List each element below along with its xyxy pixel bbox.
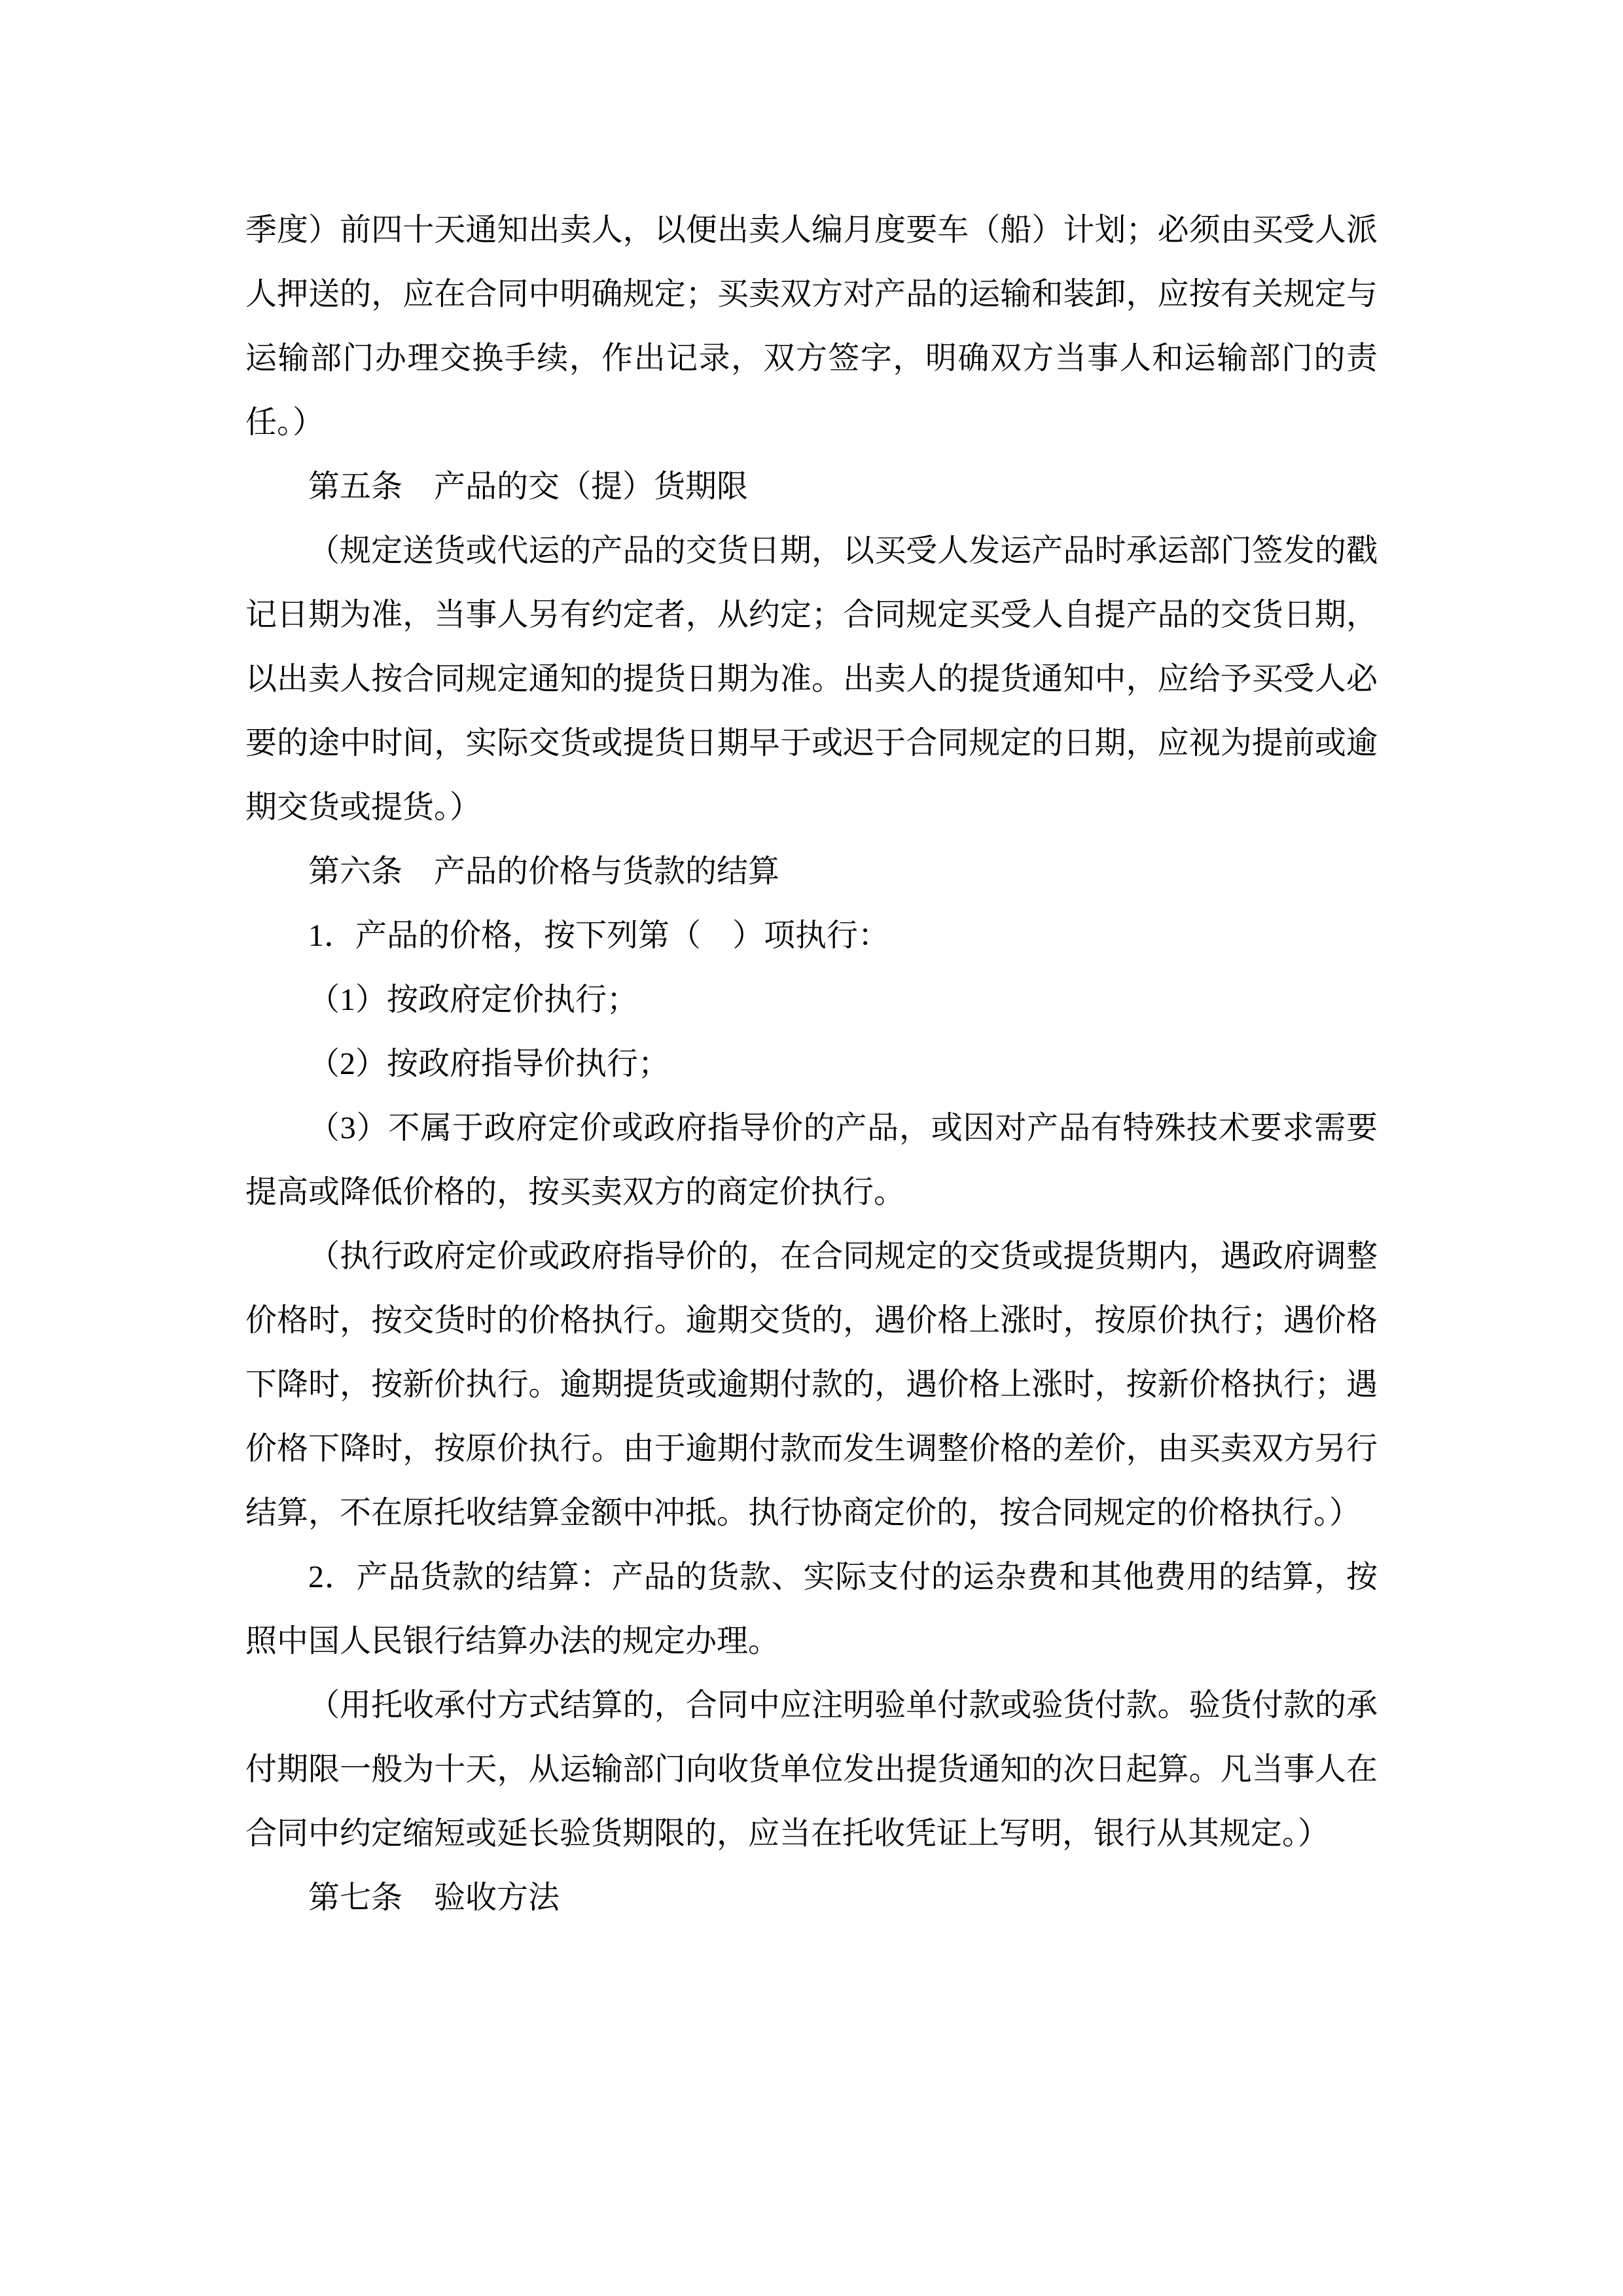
document-page: 季度）前四十天通知出卖人，以便出卖人编月度要车（船）计划；必须由买受人派人押送的… [0, 0, 1623, 2296]
clause-7-heading: 第七条 验收方法 [245, 1866, 1378, 1930]
clause-6-heading: 第六条 产品的价格与货款的结算 [245, 840, 1378, 904]
clause-6-item-1-option-2: （2）按政府指导价执行； [245, 1032, 1378, 1096]
clause-6-item-1-option-1: （1）按政府定价执行； [245, 968, 1378, 1032]
clause-6-item-2-settlement: 2．产品货款的结算：产品的货款、实际支付的运杂费和其他费用的结算，按照中国人民银… [245, 1545, 1378, 1674]
clause-6-settlement-note-paragraph: （用托收承付方式结算的，合同中应注明验单付款或验货付款。验货付款的承付期限一般为… [245, 1674, 1378, 1866]
clause-6-price-adjustment-paragraph: （执行政府定价或政府指导价的，在合同规定的交货或提货期内，遇政府调整价格时，按交… [245, 1225, 1378, 1545]
clause-5-delivery-deadline-paragraph: （规定送货或代运的产品的交货日期，以买受人发运产品时承运部门签发的戳记日期为准，… [245, 519, 1378, 840]
document-body: 季度）前四十天通知出卖人，以便出卖人编月度要车（船）计划；必须由买受人派人押送的… [245, 198, 1378, 1930]
paragraph-transport-clause-continuation: 季度）前四十天通知出卖人，以便出卖人编月度要车（船）计划；必须由买受人派人押送的… [245, 198, 1378, 455]
clause-6-item-1-price: 1．产品的价格，按下列第（ ）项执行： [245, 904, 1378, 968]
clause-5-heading: 第五条 产品的交（提）货期限 [245, 455, 1378, 519]
clause-6-item-1-option-3: （3）不属于政府定价或政府指导价的产品，或因对产品有特殊技术要求需要提高或降低价… [245, 1096, 1378, 1225]
